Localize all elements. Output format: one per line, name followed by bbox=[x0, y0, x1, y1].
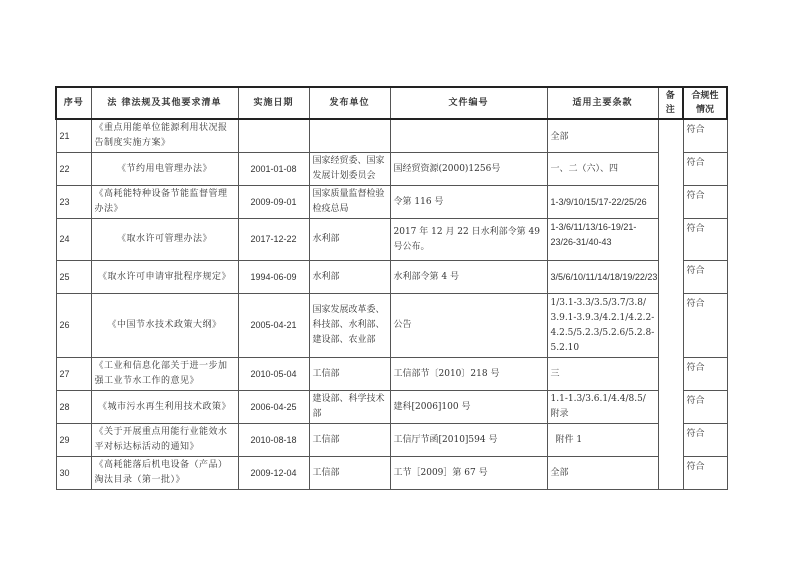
row-issuer: 建设部、科学技术部 bbox=[309, 391, 390, 424]
row-issuer: 国家发展改革委、科技部、水利部、建设部、农业部 bbox=[309, 294, 390, 358]
header-date: 实施日期 bbox=[238, 87, 309, 119]
row-issuer: 水利部 bbox=[309, 261, 390, 294]
table-row: 23 《高耗能特种设备节能监督管理办法》 2009-09-01 国家质量监督检验… bbox=[56, 186, 727, 219]
row-doc-no: 建科[2006]100 号 bbox=[390, 391, 547, 424]
table-row: 25 《取水许可申请审批程序规定》 1994-06-09 水利部 水利部令第 4… bbox=[56, 261, 727, 294]
row-name: 《城市污水再生利用技术政策》 bbox=[91, 391, 238, 424]
header-name: 法 律法规及其他要求清单 bbox=[91, 87, 238, 119]
note-cell bbox=[658, 119, 683, 490]
row-name: 《取水许可管理办法》 bbox=[91, 219, 238, 261]
row-clauses: 1.1-1.3/3.6.1/4.4/8.5/附录 bbox=[547, 391, 658, 424]
row-clauses: 附件 1 bbox=[547, 424, 658, 457]
row-seq: 25 bbox=[56, 261, 91, 294]
row-date: 2017-12-22 bbox=[238, 219, 309, 261]
row-name: 《重点用能单位能源利用状况报告制度实施方案》 bbox=[91, 119, 238, 153]
row-compliance: 符合 bbox=[683, 119, 727, 153]
header-seq: 序号 bbox=[56, 87, 91, 119]
row-clauses: 全部 bbox=[547, 119, 658, 153]
header-clauses: 适用主要条款 bbox=[547, 87, 658, 119]
row-name: 《高耗能落后机电设备（产品）淘汰目录（第一批）》 bbox=[91, 457, 238, 490]
row-issuer: 工信部 bbox=[309, 358, 390, 391]
row-doc-no: 公告 bbox=[390, 294, 547, 358]
row-issuer: 工信部 bbox=[309, 424, 390, 457]
row-clauses: 全部 bbox=[547, 457, 658, 490]
row-doc-no: 国经贸资源(2000)1256号 bbox=[390, 153, 547, 186]
row-date: 2010-08-18 bbox=[238, 424, 309, 457]
row-issuer: 国家质量监督检验检疫总局 bbox=[309, 186, 390, 219]
row-date: 2005-04-21 bbox=[238, 294, 309, 358]
table-row: 28 《城市污水再生利用技术政策》 2006-04-25 建设部、科学技术部 建… bbox=[56, 391, 727, 424]
row-doc-no: 工信厅节函[2010]594 号 bbox=[390, 424, 547, 457]
row-compliance: 符合 bbox=[683, 424, 727, 457]
row-seq: 28 bbox=[56, 391, 91, 424]
row-date: 2006-04-25 bbox=[238, 391, 309, 424]
row-name: 《取水许可申请审批程序规定》 bbox=[91, 261, 238, 294]
row-doc-no: 工节［2009］第 67 号 bbox=[390, 457, 547, 490]
row-name: 《关于开展重点用能行业能效水平对标达标活动的通知》 bbox=[91, 424, 238, 457]
row-clauses: 1/3.1-3.3/3.5/3.7/3.8/3.9.1-3.9.3/4.2.1/… bbox=[547, 294, 658, 358]
row-compliance: 符合 bbox=[683, 358, 727, 391]
regulations-table: 序号 法 律法规及其他要求清单 实施日期 发布单位 文件编号 适用主要条款 备注… bbox=[55, 86, 728, 490]
row-doc-no: 水利部令第 4 号 bbox=[390, 261, 547, 294]
table-header-row: 序号 法 律法规及其他要求清单 实施日期 发布单位 文件编号 适用主要条款 备注… bbox=[56, 87, 727, 119]
table-row: 21 《重点用能单位能源利用状况报告制度实施方案》 全部 符合 bbox=[56, 119, 727, 153]
header-compliance: 合规性情况 bbox=[683, 87, 727, 119]
row-date: 2001-01-08 bbox=[238, 153, 309, 186]
table-row: 26 《中国节水技术政策大纲》 2005-04-21 国家发展改革委、科技部、水… bbox=[56, 294, 727, 358]
row-date: 2009-12-04 bbox=[238, 457, 309, 490]
table-row: 27 《工业和信息化部关于进一步加强工业节水工作的意见》 2010-05-04 … bbox=[56, 358, 727, 391]
row-issuer: 水利部 bbox=[309, 219, 390, 261]
row-name: 《工业和信息化部关于进一步加强工业节水工作的意见》 bbox=[91, 358, 238, 391]
row-compliance: 符合 bbox=[683, 186, 727, 219]
row-clauses: 1-3/9/10/15/17-22/25/26 bbox=[547, 186, 658, 219]
row-clauses: 1-3/6/11/13/16-19/21-23/26-31/40-43 bbox=[547, 219, 658, 261]
row-seq: 26 bbox=[56, 294, 91, 358]
row-name: 《节约用电管理办法》 bbox=[91, 153, 238, 186]
row-name: 《中国节水技术政策大纲》 bbox=[91, 294, 238, 358]
row-clauses: 一、二（六）、四 bbox=[547, 153, 658, 186]
row-doc-no: 2017 年 12 月 22 日水利部令第 49 号公布。 bbox=[390, 219, 547, 261]
table-row: 22 《节约用电管理办法》 2001-01-08 国家经贸委、国家发展计划委员会… bbox=[56, 153, 727, 186]
row-date: 2009-09-01 bbox=[238, 186, 309, 219]
header-doc-no: 文件编号 bbox=[390, 87, 547, 119]
row-seq: 24 bbox=[56, 219, 91, 261]
row-seq: 29 bbox=[56, 424, 91, 457]
row-date bbox=[238, 119, 309, 153]
table-row: 29 《关于开展重点用能行业能效水平对标达标活动的通知》 2010-08-18 … bbox=[56, 424, 727, 457]
row-seq: 27 bbox=[56, 358, 91, 391]
table-row: 30 《高耗能落后机电设备（产品）淘汰目录（第一批）》 2009-12-04 工… bbox=[56, 457, 727, 490]
row-seq: 22 bbox=[56, 153, 91, 186]
row-compliance: 符合 bbox=[683, 391, 727, 424]
row-compliance: 符合 bbox=[683, 219, 727, 261]
row-issuer: 工信部 bbox=[309, 457, 390, 490]
row-compliance: 符合 bbox=[683, 457, 727, 490]
row-seq: 21 bbox=[56, 119, 91, 153]
row-clauses: 三 bbox=[547, 358, 658, 391]
row-issuer bbox=[309, 119, 390, 153]
row-doc-no bbox=[390, 119, 547, 153]
row-compliance: 符合 bbox=[683, 261, 727, 294]
row-seq: 23 bbox=[56, 186, 91, 219]
row-issuer: 国家经贸委、国家发展计划委员会 bbox=[309, 153, 390, 186]
table-row: 24 《取水许可管理办法》 2017-12-22 水利部 2017 年 12 月… bbox=[56, 219, 727, 261]
row-compliance: 符合 bbox=[683, 153, 727, 186]
row-doc-no: 工信部节〔2010〕218 号 bbox=[390, 358, 547, 391]
row-compliance: 符合 bbox=[683, 294, 727, 358]
row-doc-no: 令第 116 号 bbox=[390, 186, 547, 219]
row-seq: 30 bbox=[56, 457, 91, 490]
row-date: 1994-06-09 bbox=[238, 261, 309, 294]
header-note: 备注 bbox=[658, 87, 683, 119]
row-name: 《高耗能特种设备节能监督管理办法》 bbox=[91, 186, 238, 219]
row-date: 2010-05-04 bbox=[238, 358, 309, 391]
header-issuer: 发布单位 bbox=[309, 87, 390, 119]
row-clauses: 3/5/6/10/11/14/18/19/22/23 bbox=[547, 261, 658, 294]
